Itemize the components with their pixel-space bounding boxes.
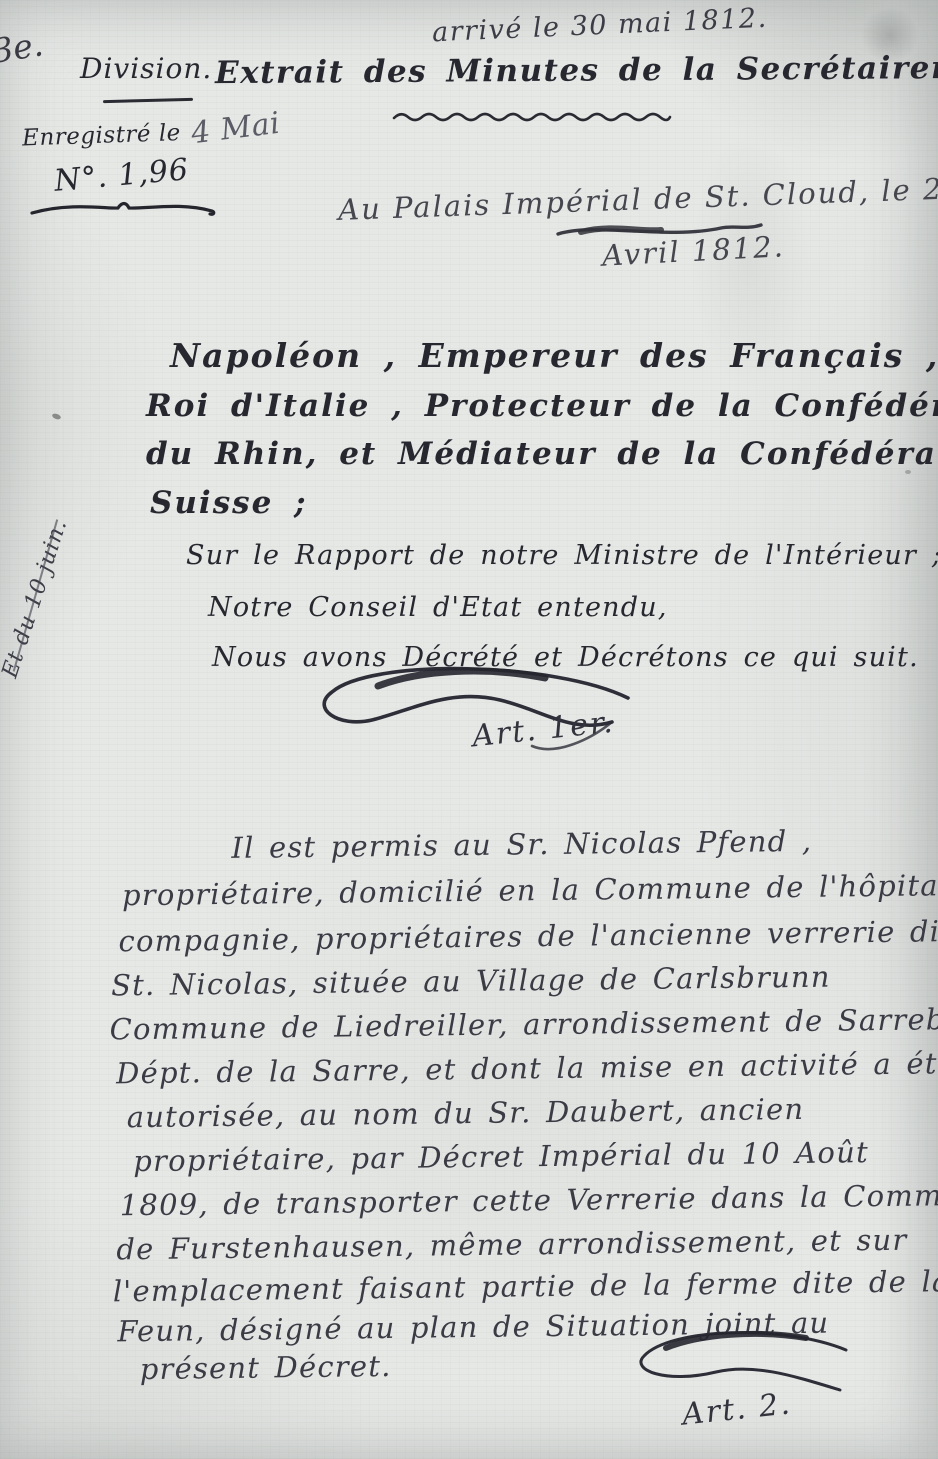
article-1-line: Il est permis au Sr. Nicolas Pfend , xyxy=(231,824,812,865)
article-1-body: Il est permis au Sr. Nicolas Pfend , pro… xyxy=(0,0,938,1459)
article-1-line: Dépt. de la Sarre, et dont la mise en ac… xyxy=(116,1046,938,1090)
article-1-line: de Furstenhausen, même arrondissement, e… xyxy=(116,1223,907,1267)
article-1-line: l'emplacement faisant partie de la ferme… xyxy=(113,1264,938,1308)
article-1-line: 1809, de transporter cette Verrerie dans… xyxy=(120,1178,938,1223)
article-1-line: propriétaire, domicilié en la Commune de… xyxy=(122,868,938,913)
article-1-line: autorisée, au nom du Sr. Daubert, ancien xyxy=(127,1092,805,1134)
article-1-line: présent Décret. xyxy=(140,1349,392,1386)
article-1-line: compagnie, propriétaires de l'ancienne v… xyxy=(118,913,938,958)
article-1-line: propriétaire, par Décret Impérial du 10 … xyxy=(133,1135,869,1178)
article-1-line: Commune de Liedreiller, arrondissement d… xyxy=(109,1001,938,1046)
manuscript-page: arrivé le 30 mai 1812. 3e. Division. Ext… xyxy=(0,0,938,1459)
article-1-line: St. Nicolas, située au Village de Carlsb… xyxy=(111,960,831,1003)
